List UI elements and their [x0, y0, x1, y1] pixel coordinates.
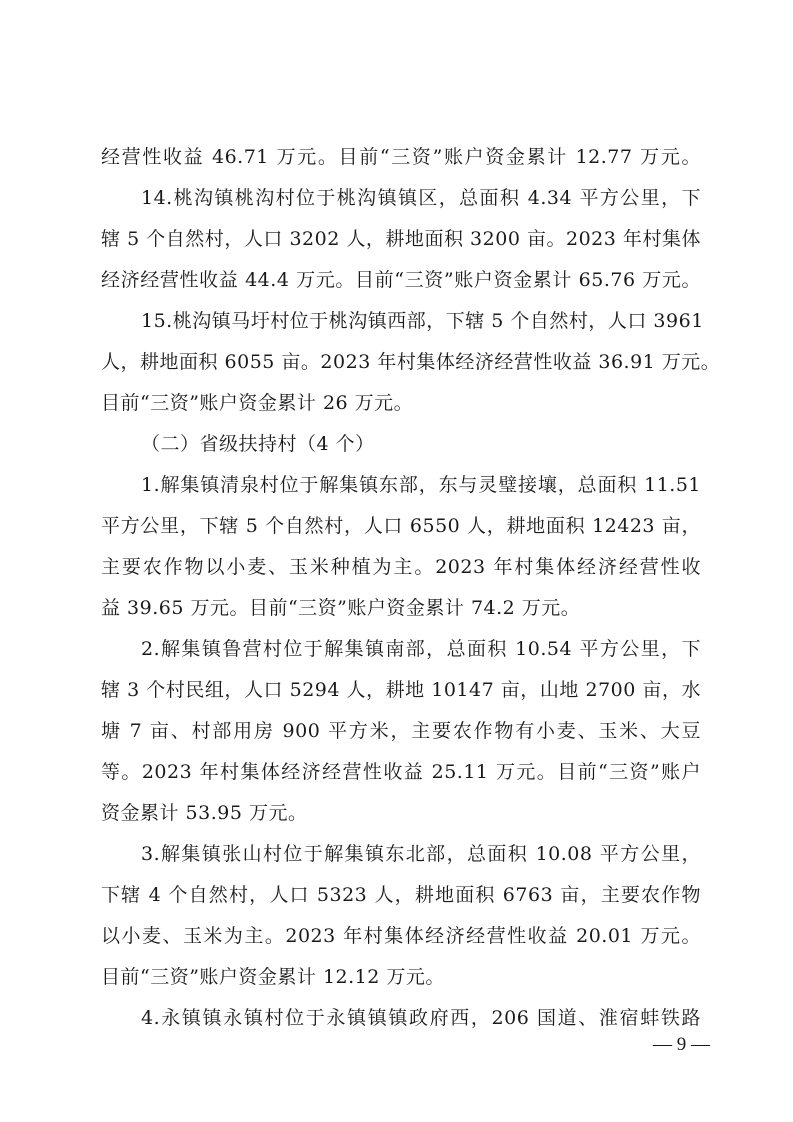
text-line: 目前“三资”账户资金累计 26 万元。 — [101, 383, 701, 423]
text-line: 经营性收益 46.71 万元。目前“三资”账户资金累计 12.77 万元。 — [101, 137, 701, 177]
text-line: 经济经营性收益 44.4 万元。目前“三资”账户资金累计 65.76 万元。 — [101, 260, 701, 300]
text-line: 主要农作物以小麦、玉米种植为主。2023 年村集体经济经营性收 — [101, 547, 701, 587]
page-number: — 9 — — [630, 1030, 710, 1060]
text-line: 平方公里，下辖 5 个自然村，人口 6550 人，耕地面积 12423 亩， — [101, 506, 701, 546]
document-page: 经营性收益 46.71 万元。目前“三资”账户资金累计 12.77 万元。 14… — [0, 0, 793, 1122]
text-line: 目前“三资”账户资金累计 12.12 万元。 — [101, 957, 701, 997]
paragraph-3-start: 3.解集镇张山村位于解集镇东北部，总面积 10.08 平方公里， — [141, 834, 701, 874]
text-line: 辖 5 个自然村，人口 3202 人，耕地面积 3200 亩。2023 年村集体 — [101, 219, 701, 259]
text-line: 下辖 4 个自然村，人口 5323 人，耕地面积 6763 亩，主要农作物 — [101, 875, 701, 915]
text-line: 塘 7 亩、村部用房 900 平方米，主要农作物有小麦、玉米、大豆 — [101, 711, 701, 751]
text-line: 以小麦、玉米为主。2023 年村集体经济经营性收益 20.01 万元。 — [101, 916, 701, 956]
paragraph-15-start: 15.桃沟镇马圩村位于桃沟镇西部，下辖 5 个自然村，人口 3961 — [141, 301, 701, 341]
text-line: 资金累计 53.95 万元。 — [101, 793, 701, 833]
section-heading: （二）省级扶持村（4 个） — [141, 424, 701, 464]
paragraph-4-start: 4.永镇镇永镇村位于永镇镇镇政府西，206 国道、淮宿蚌铁路 — [141, 998, 701, 1038]
text-line: 益 39.65 万元。目前“三资”账户资金累计 74.2 万元。 — [101, 588, 701, 628]
paragraph-1-start: 1.解集镇清泉村位于解集镇东部，东与灵璧接壤，总面积 11.51 — [141, 465, 701, 505]
paragraph-2-start: 2.解集镇鲁营村位于解集镇南部，总面积 10.54 平方公里，下 — [141, 629, 701, 669]
paragraph-14-start: 14.桃沟镇桃沟村位于桃沟镇镇区，总面积 4.34 平方公里，下 — [141, 178, 701, 218]
text-line: 等。2023 年村集体经济经营性收益 25.11 万元。目前“三资”账户 — [101, 752, 701, 792]
text-line: 人，耕地面积 6055 亩。2023 年村集体经济经营性收益 36.91 万元。 — [101, 342, 701, 382]
text-line: 辖 3 个村民组，人口 5294 人，耕地 10147 亩，山地 2700 亩，… — [101, 670, 701, 710]
